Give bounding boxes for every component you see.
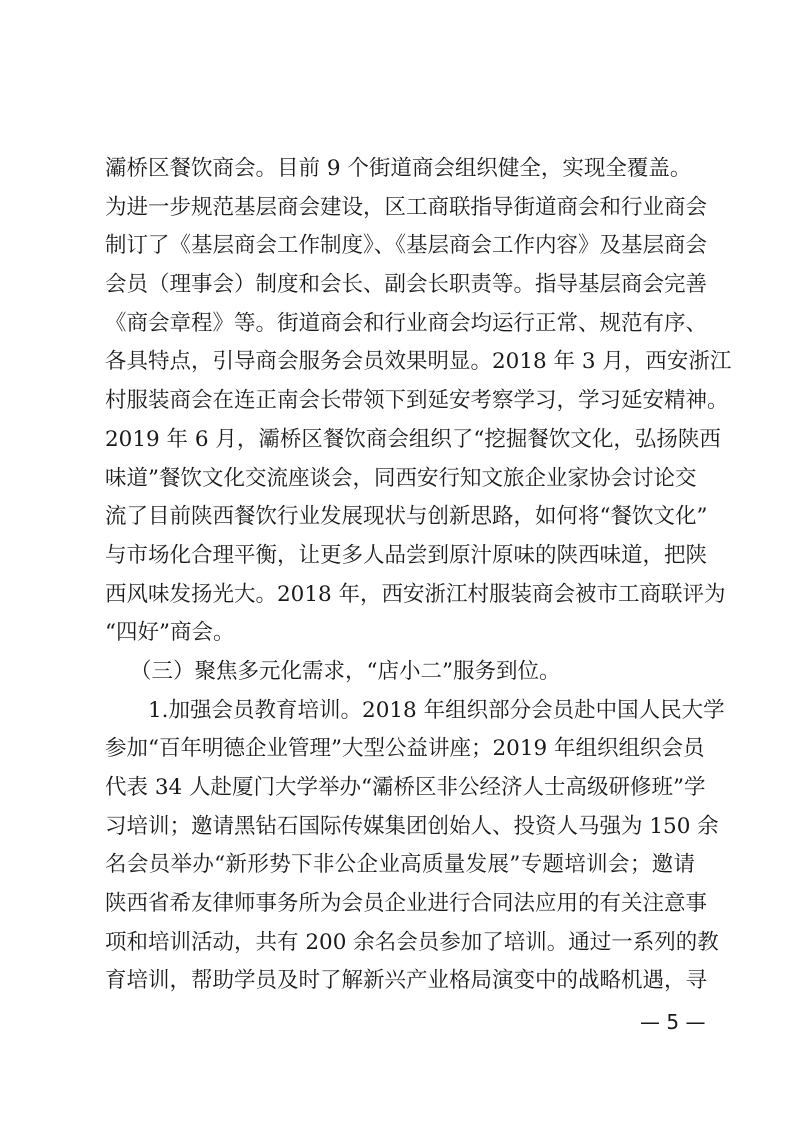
section-heading: （三）聚焦多元化需求，“店小二”服务到位。 [105, 653, 695, 692]
paragraph-line: 会员（理事会）制度和会长、副会长职责等。指导基层商会完善 [105, 266, 695, 305]
paragraph-line: 与市场化合理平衡，让更多人品尝到原汁原味的陕西味道，把陕 [105, 537, 695, 576]
paragraph-line: 《商会章程》等。街道商会和行业商会均运行正常、规范有序、 [105, 305, 695, 344]
page-number: — 5 — [640, 1010, 705, 1034]
paragraph-line: “四好”商会。 [105, 614, 695, 653]
paragraph-line: 参加“百年明德企业管理”大型公益讲座；2019 年组织组织会员 [105, 730, 695, 769]
paragraph-line: 为进一步规范基层商会建设，区工商联指导街道商会和行业商会 [105, 189, 695, 228]
body-text: 灞桥区餐饮商会。目前 9 个街道商会组织健全，实现全覆盖。 为进一步规范基层商会… [105, 150, 695, 1001]
paragraph-line: 各具特点，引导商会服务会员效果明显。2018 年 3 月，西安浙江 [105, 343, 695, 382]
paragraph-line: 项和培训活动，共有 200 余名会员参加了培训。通过一系列的教 [105, 924, 695, 963]
paragraph-line: 2019 年 6 月，灞桥区餐饮商会组织了“挖掘餐饮文化，弘扬陕西 [105, 421, 695, 460]
paragraph-line: 西风味发扬光大。2018 年，西安浙江村服装商会被市工商联评为 [105, 576, 695, 615]
document-page: 灞桥区餐饮商会。目前 9 个街道商会组织健全，实现全覆盖。 为进一步规范基层商会… [0, 0, 793, 1122]
subsection-heading-line: 1.加强会员教育培训。2018 年组织部分会员赴中国人民大学 [105, 692, 695, 731]
paragraph-line: 村服装商会在连正南会长带领下到延安考察学习，学习延安精神。 [105, 382, 695, 421]
paragraph-line: 代表 34 人赴厦门大学举办“灞桥区非公经济人士高级研修班”学 [105, 769, 695, 808]
paragraph-line: 流了目前陕西餐饮行业发展现状与创新思路，如何将“餐饮文化” [105, 498, 695, 537]
paragraph-line: 习培训；邀请黑钻石国际传媒集团创始人、投资人马强为 150 余 [105, 808, 695, 847]
paragraph-line: 育培训，帮助学员及时了解新兴产业格局演变中的战略机遇，寻 [105, 962, 695, 1001]
paragraph-line: 制订了《基层商会工作制度》、《基层商会工作内容》及基层商会 [105, 227, 695, 266]
paragraph-line: 味道”餐饮文化交流座谈会，同西安行知文旅企业家协会讨论交 [105, 460, 695, 499]
paragraph-line: 灞桥区餐饮商会。目前 9 个街道商会组织健全，实现全覆盖。 [105, 150, 695, 189]
paragraph-line: 陕西省希友律师事务所为会员企业进行合同法应用的有关注意事 [105, 885, 695, 924]
paragraph-line: 名会员举办“新形势下非公企业高质量发展”专题培训会；邀请 [105, 846, 695, 885]
